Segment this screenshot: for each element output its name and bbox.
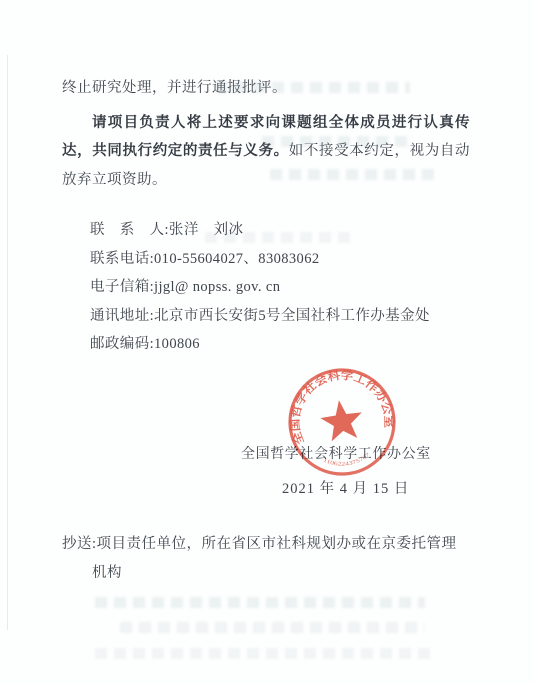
bleed-through-artifact	[95, 648, 435, 659]
bleed-through-artifact	[95, 597, 425, 608]
bleed-through-artifact	[120, 622, 425, 633]
contact-phone-line: 联系电话:010-55604027、83083062	[90, 245, 430, 274]
bleed-through-artifact	[270, 169, 435, 180]
scan-edge-line	[7, 55, 8, 630]
cc-line-2: 机构	[92, 559, 457, 588]
star-icon	[318, 397, 365, 442]
contact-address-line: 通讯地址:北京市西长安街5号全国社科工作办基金处	[90, 302, 430, 331]
bleed-through-artifact	[262, 136, 412, 147]
bleed-through-artifact	[205, 232, 350, 243]
scanned-letter-page: 终止研究处理，并进行通报批评。 请项目负责人将上述要求向课题组全体成员进行认真传…	[0, 0, 534, 685]
cc-line-1: 抄送:项目责任单位，所在省区市社科规划办或在京委托管理	[62, 530, 457, 559]
body-paragraph-request: 请项目负责人将上述要求向课题组全体成员进行认真传达，共同执行约定的责任与义务。如…	[62, 109, 470, 195]
cc-block: 抄送:项目责任单位，所在省区市社科规划办或在京委托管理 机构	[62, 530, 457, 587]
bleed-through-artifact	[215, 82, 410, 93]
official-red-seal: 全国哲学社会科学工作办公室 1106224375707	[272, 352, 412, 492]
contact-email-line: 电子信箱:jjgl@ nopss. gov. cn	[90, 273, 430, 302]
